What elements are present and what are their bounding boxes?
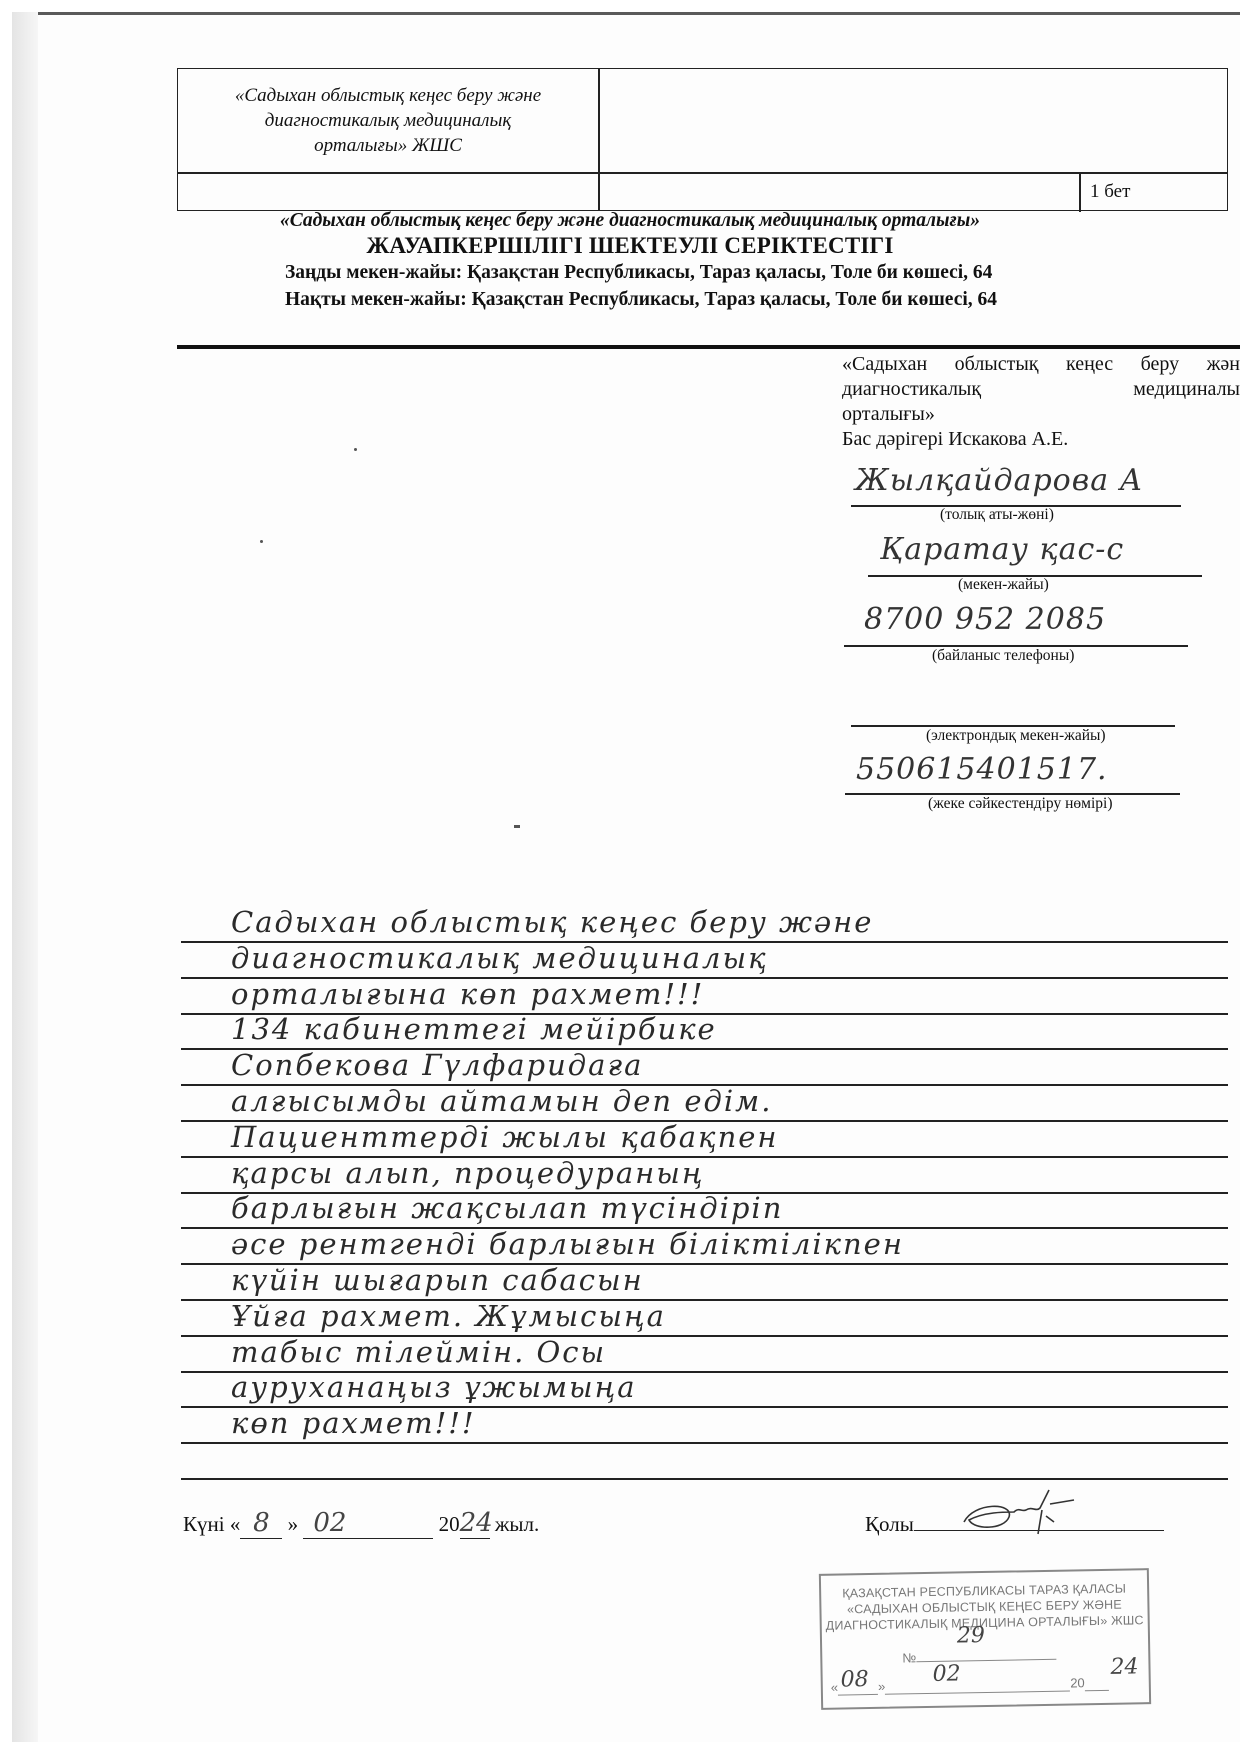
- handwritten-line: күйін шығарып сабасын: [231, 1263, 644, 1297]
- handwritten-line: көп рахмет!!!: [231, 1406, 476, 1440]
- signature-row: Қолы: [865, 1508, 1164, 1537]
- handwritten-line: орталығына көп рахмет!!!: [231, 977, 704, 1011]
- letterhead-org: «Садыхан облыстық кеңес беру және диагно…: [180, 210, 1080, 232]
- date-month[interactable]: 02: [303, 1508, 433, 1539]
- addressee-block: «Садыхан облыстық кеңес беру жән диагнос…: [842, 352, 1240, 452]
- handwritten-line: қарсы алып, процедураның: [231, 1156, 704, 1190]
- handwritten-line: барлығын жақсылап түсіндіріп: [231, 1191, 783, 1225]
- stamp-month: 02: [932, 1661, 960, 1686]
- letterhead-divider: [177, 345, 1240, 349]
- scan-edge: [12, 12, 38, 1742]
- handwritten-line: табыс тілеймін. Осы: [231, 1335, 606, 1369]
- ruled-line: [181, 1478, 1228, 1480]
- handwritten-line: алғысымды айтамын деп едім.: [231, 1084, 772, 1118]
- handwritten-line: Садыхан облыстық кеңес беру және: [231, 905, 873, 939]
- ruled-line: [181, 1442, 1228, 1444]
- handwritten-line: диагностикалық медициналық: [231, 941, 768, 975]
- page-number: 1 бет: [1090, 181, 1130, 203]
- date-day[interactable]: 8: [240, 1508, 282, 1539]
- header-org-name: «Садыхан облыстық кеңес беру және диагно…: [178, 83, 598, 158]
- chief-doctor: Бас дәрігері Искакова А.Е.: [842, 427, 1240, 452]
- legal-address: Заңды мекен-жайы: Қазақстан Республикасы…: [285, 262, 992, 284]
- actual-address: Нақты мекен-жайы: Қазақстан Республикасы…: [285, 289, 997, 311]
- date-year[interactable]: 24: [460, 1508, 490, 1539]
- header-table: «Садыхан облыстық кеңес беру және диагно…: [177, 68, 1228, 211]
- signature-mark: [954, 1482, 1094, 1542]
- letterhead-legal-form: ЖАУАПКЕРШІЛІГІ ШЕКТЕУЛІ СЕРІКТЕСТІГІ: [180, 233, 1080, 259]
- registration-stamp: ҚАЗАҚСТАН РЕСПУБЛИКАСЫ ТАРАЗ ҚАЛАСЫ «САД…: [819, 1568, 1151, 1710]
- handwritten-line: Пациенттерді жылы қабақпен: [231, 1120, 779, 1154]
- stamp-day: 08: [840, 1667, 868, 1692]
- stamp-year: 24: [1110, 1654, 1138, 1679]
- date-row: Күні «8 » 02 2024 жыл.: [183, 1508, 539, 1539]
- handwritten-line: Сопбекова Гүлфаридаға: [231, 1048, 643, 1082]
- stamp-number: 29: [957, 1623, 985, 1648]
- signature-line[interactable]: [914, 1508, 1164, 1531]
- handwritten-line: Ұйға рахмет. Жұмысыңа: [231, 1299, 666, 1333]
- handwritten-line: әсе рентгенді барлығын біліктілікпен: [231, 1227, 904, 1261]
- handwritten-line: ауруханаңыз ұжымыңа: [231, 1370, 637, 1404]
- handwritten-line: 134 кабинеттегі мейірбике: [231, 1012, 717, 1046]
